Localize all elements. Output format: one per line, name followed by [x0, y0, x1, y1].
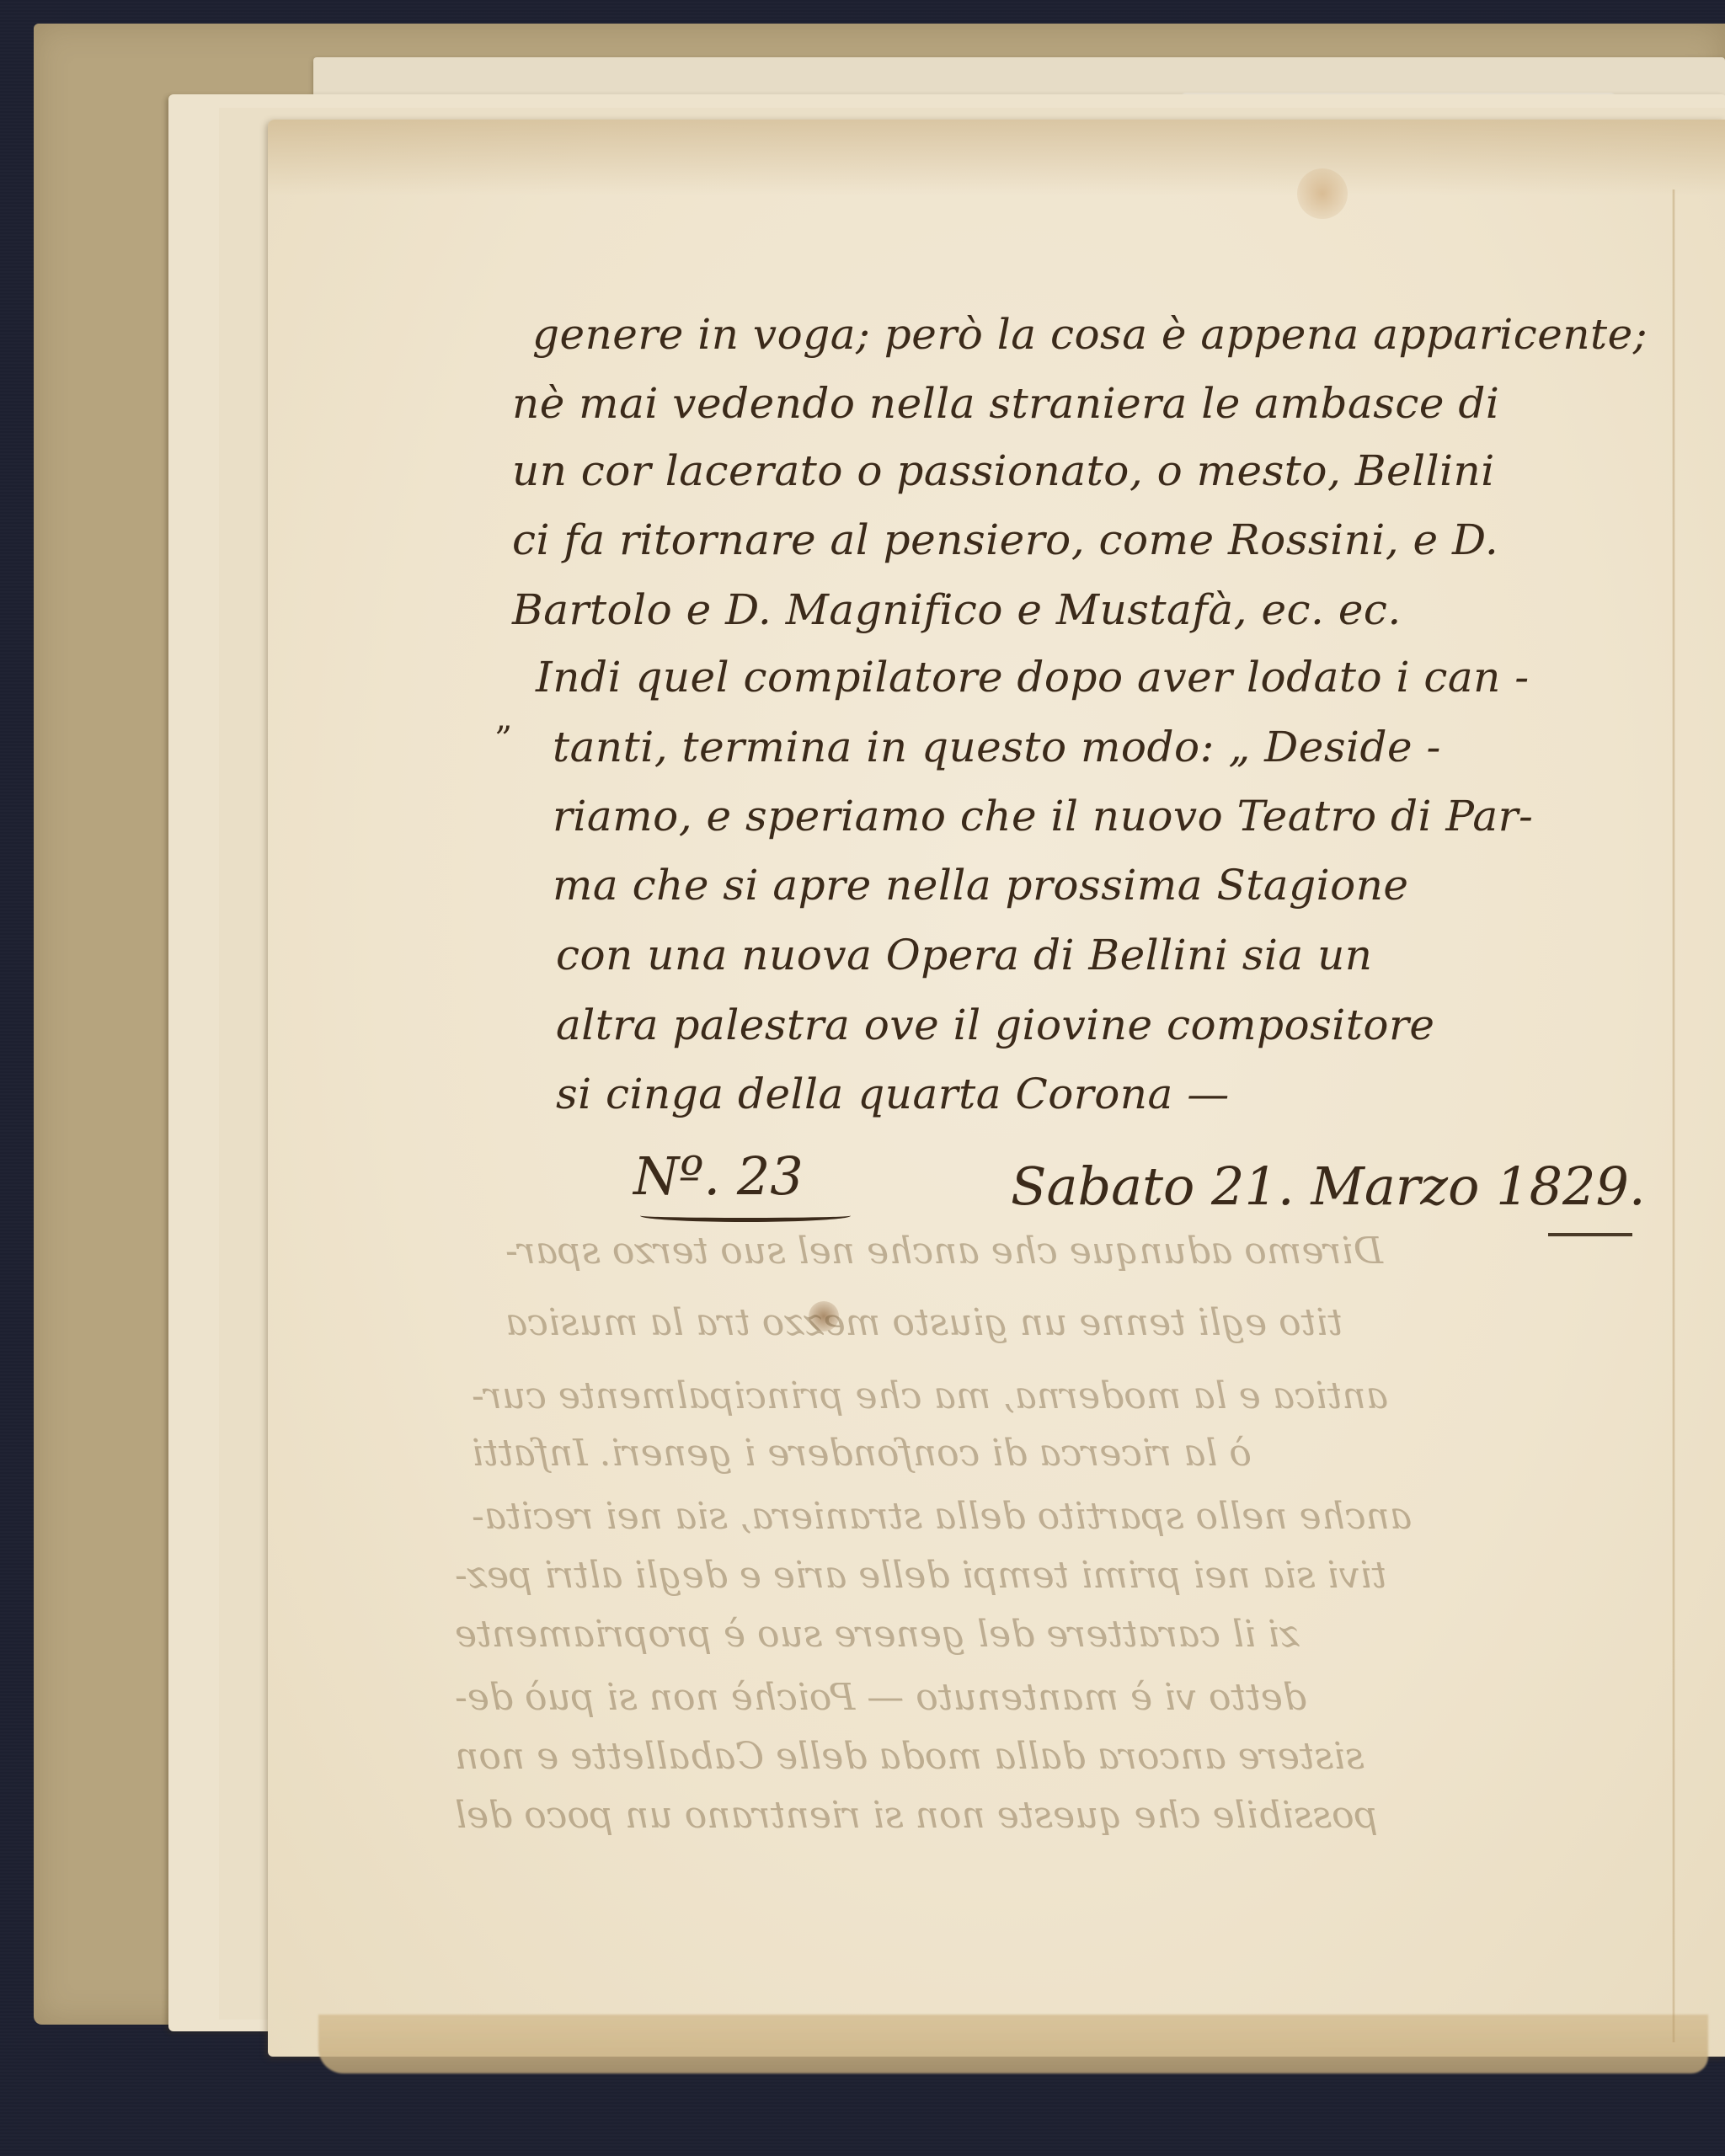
text-line: si cinga della quarta Corona — [556, 1070, 1230, 1118]
bleed-line: zi il carattere del genere suo è propria… [455, 1613, 1299, 1656]
text-line: Bartolo e D. Magnifico e Mustafà, ec. ec… [512, 585, 1402, 634]
bleed-line: sistere ancora dalla moda delle Caballet… [455, 1735, 1365, 1778]
bleed-line: anche nello spartito della straniera, si… [472, 1495, 1412, 1538]
bleed-line: tito egli tenne un giusto mezzo tra la m… [505, 1301, 1343, 1344]
text-line: nè mai vedendo nella straniera le ambasc… [512, 379, 1499, 428]
text-line: tanti, termina in questo modo: „ Deside … [553, 723, 1441, 771]
bleed-line: antica e la moderna, ma che principalmen… [472, 1374, 1388, 1417]
page-fold-line [1672, 189, 1675, 2042]
text-line: riamo, e speriamo che il nuovo Teatro di… [553, 792, 1533, 841]
entry-year-underline [1548, 1233, 1632, 1236]
bleed-line: detto vi è mantenuto — Poichè non si può… [455, 1676, 1306, 1719]
bleed-line: tivi sia nei primi tempi delle arie e de… [455, 1554, 1386, 1597]
bleed-line: possibile che queste non si rientrano un… [455, 1794, 1378, 1837]
entry-number-underline [640, 1209, 851, 1222]
entry-number: Nº. 23 [633, 1145, 804, 1207]
foxing-stain [1297, 168, 1348, 219]
entry-date: Sabato 21. Marzo 1829. [1011, 1155, 1646, 1217]
text-line: con una nuova Opera di Bellini sia un [556, 931, 1373, 979]
text-line: un cor lacerato o passionato, o mesto, B… [512, 446, 1495, 495]
text-line: ci fa ritornare al pensiero, come Rossin… [512, 515, 1498, 564]
text-line: genere in voga; però la cosa è appena ap… [532, 310, 1648, 359]
text-line: ma che si apre nella prossima Stagione [553, 861, 1409, 910]
text-line: altra palestra ove il giovine compositor… [556, 1001, 1434, 1049]
opening-quote-mark: „ [495, 699, 513, 738]
text-line: Indi quel compilatore dopo aver lodato i… [536, 653, 1530, 702]
bleed-line: Diremo adunque che anche nel suo terzo s… [505, 1230, 1383, 1273]
bleed-line: ò la ricerca di confondere i generi. Inf… [472, 1432, 1252, 1475]
